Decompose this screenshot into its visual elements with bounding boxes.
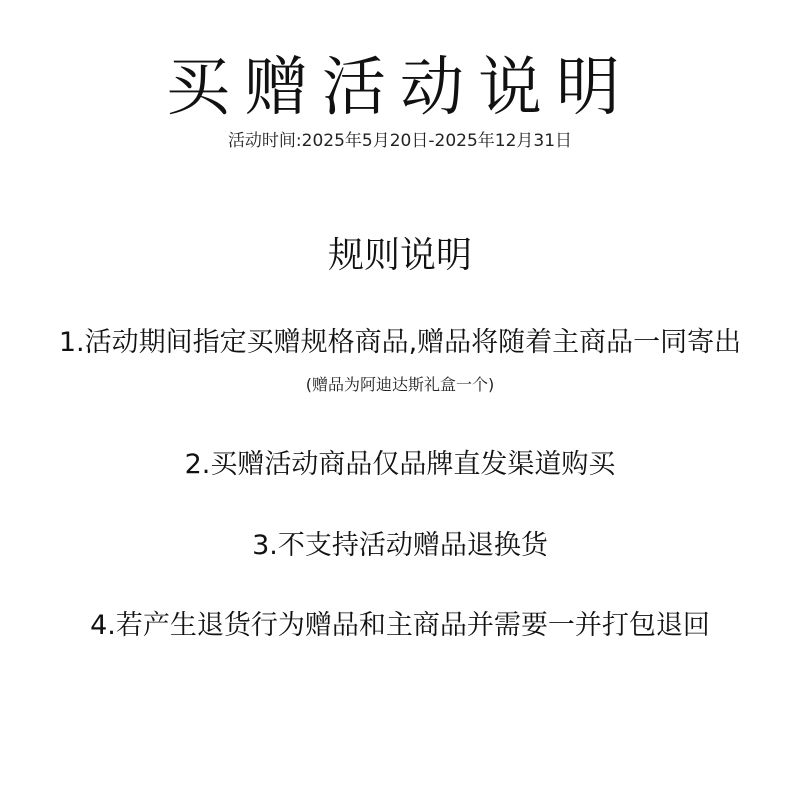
rule-item-2: 2.买赠活动商品仅品牌直发渠道购买: [0, 447, 800, 483]
rule-item-4: 4.若产生退货行为赠品和主商品并需要一并打包退回: [0, 608, 800, 644]
page-title: 买赠活动说明: [0, 48, 800, 128]
rule-1-note: (赠品为阿迪达斯礼盒一个): [0, 374, 800, 396]
rule-item-3: 3.不支持活动赠品退换货: [0, 528, 800, 564]
section-title: 规则说明: [0, 232, 800, 280]
rule-item-1: 1.活动期间指定买赠规格商品,赠品将随着主商品一同寄出: [0, 325, 800, 361]
activity-period: 活动时间:2025年5月20日-2025年12月31日: [0, 130, 800, 152]
